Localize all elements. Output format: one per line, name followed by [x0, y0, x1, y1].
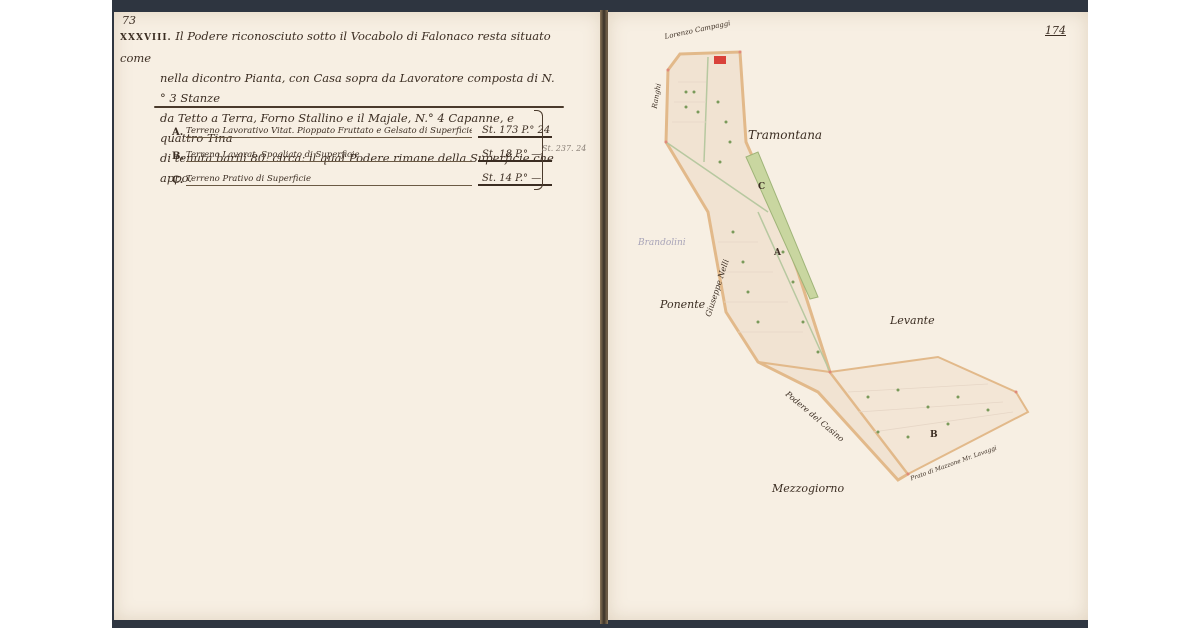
heading-line-2: nella dicontro Pianta, con Casa sopra da…	[120, 68, 560, 108]
parcel-row-b: B. Terreno Lavorat. Spogliato di Superfi…	[172, 138, 552, 162]
heading-line-1: Il Podere riconosciuto sotto il Vocabolo…	[120, 29, 551, 65]
parcel-description: Terreno Lavorat. Spogliato di Superficie	[186, 150, 472, 162]
total-area: St. 237. 24	[542, 144, 586, 153]
compass-west: Ponente	[660, 298, 705, 311]
parcel-label-c: C	[758, 182, 765, 192]
farmhouse-icon	[714, 56, 726, 64]
compass-north: Tramontana	[748, 128, 822, 142]
right-page: 174	[606, 12, 1088, 620]
parcel-row-a: A. Terreno Lavorativo Vitat. Pioppato Fr…	[172, 114, 552, 138]
parcel-letter: A.	[172, 127, 186, 138]
compass-east: Levante	[890, 314, 935, 327]
parcel-description: Terreno Lavorativo Vitat. Pioppato Frutt…	[186, 126, 472, 138]
section-number: XXXVIII.	[120, 33, 172, 43]
heading-rule	[154, 106, 564, 108]
parcel-table: A. Terreno Lavorativo Vitat. Pioppato Fr…	[172, 114, 552, 186]
parcel-label-a: A	[774, 248, 781, 258]
parcel-letter: B.	[172, 151, 186, 162]
parcel-letter: C.	[172, 175, 186, 186]
estate-map	[608, 12, 1088, 620]
boundary-label-faint: Brandolini	[638, 238, 686, 248]
parcel-label-b: B	[930, 430, 938, 440]
parcel-row-c: C. Terreno Prativo di Superficie St. 14 …	[172, 162, 552, 186]
left-page: 73 XXXVIII. Il Podere riconosciuto sotto…	[114, 12, 604, 620]
parcel-description: Terreno Prativo di Superficie	[186, 174, 472, 186]
compass-south: Mezzogiorno	[772, 482, 844, 495]
